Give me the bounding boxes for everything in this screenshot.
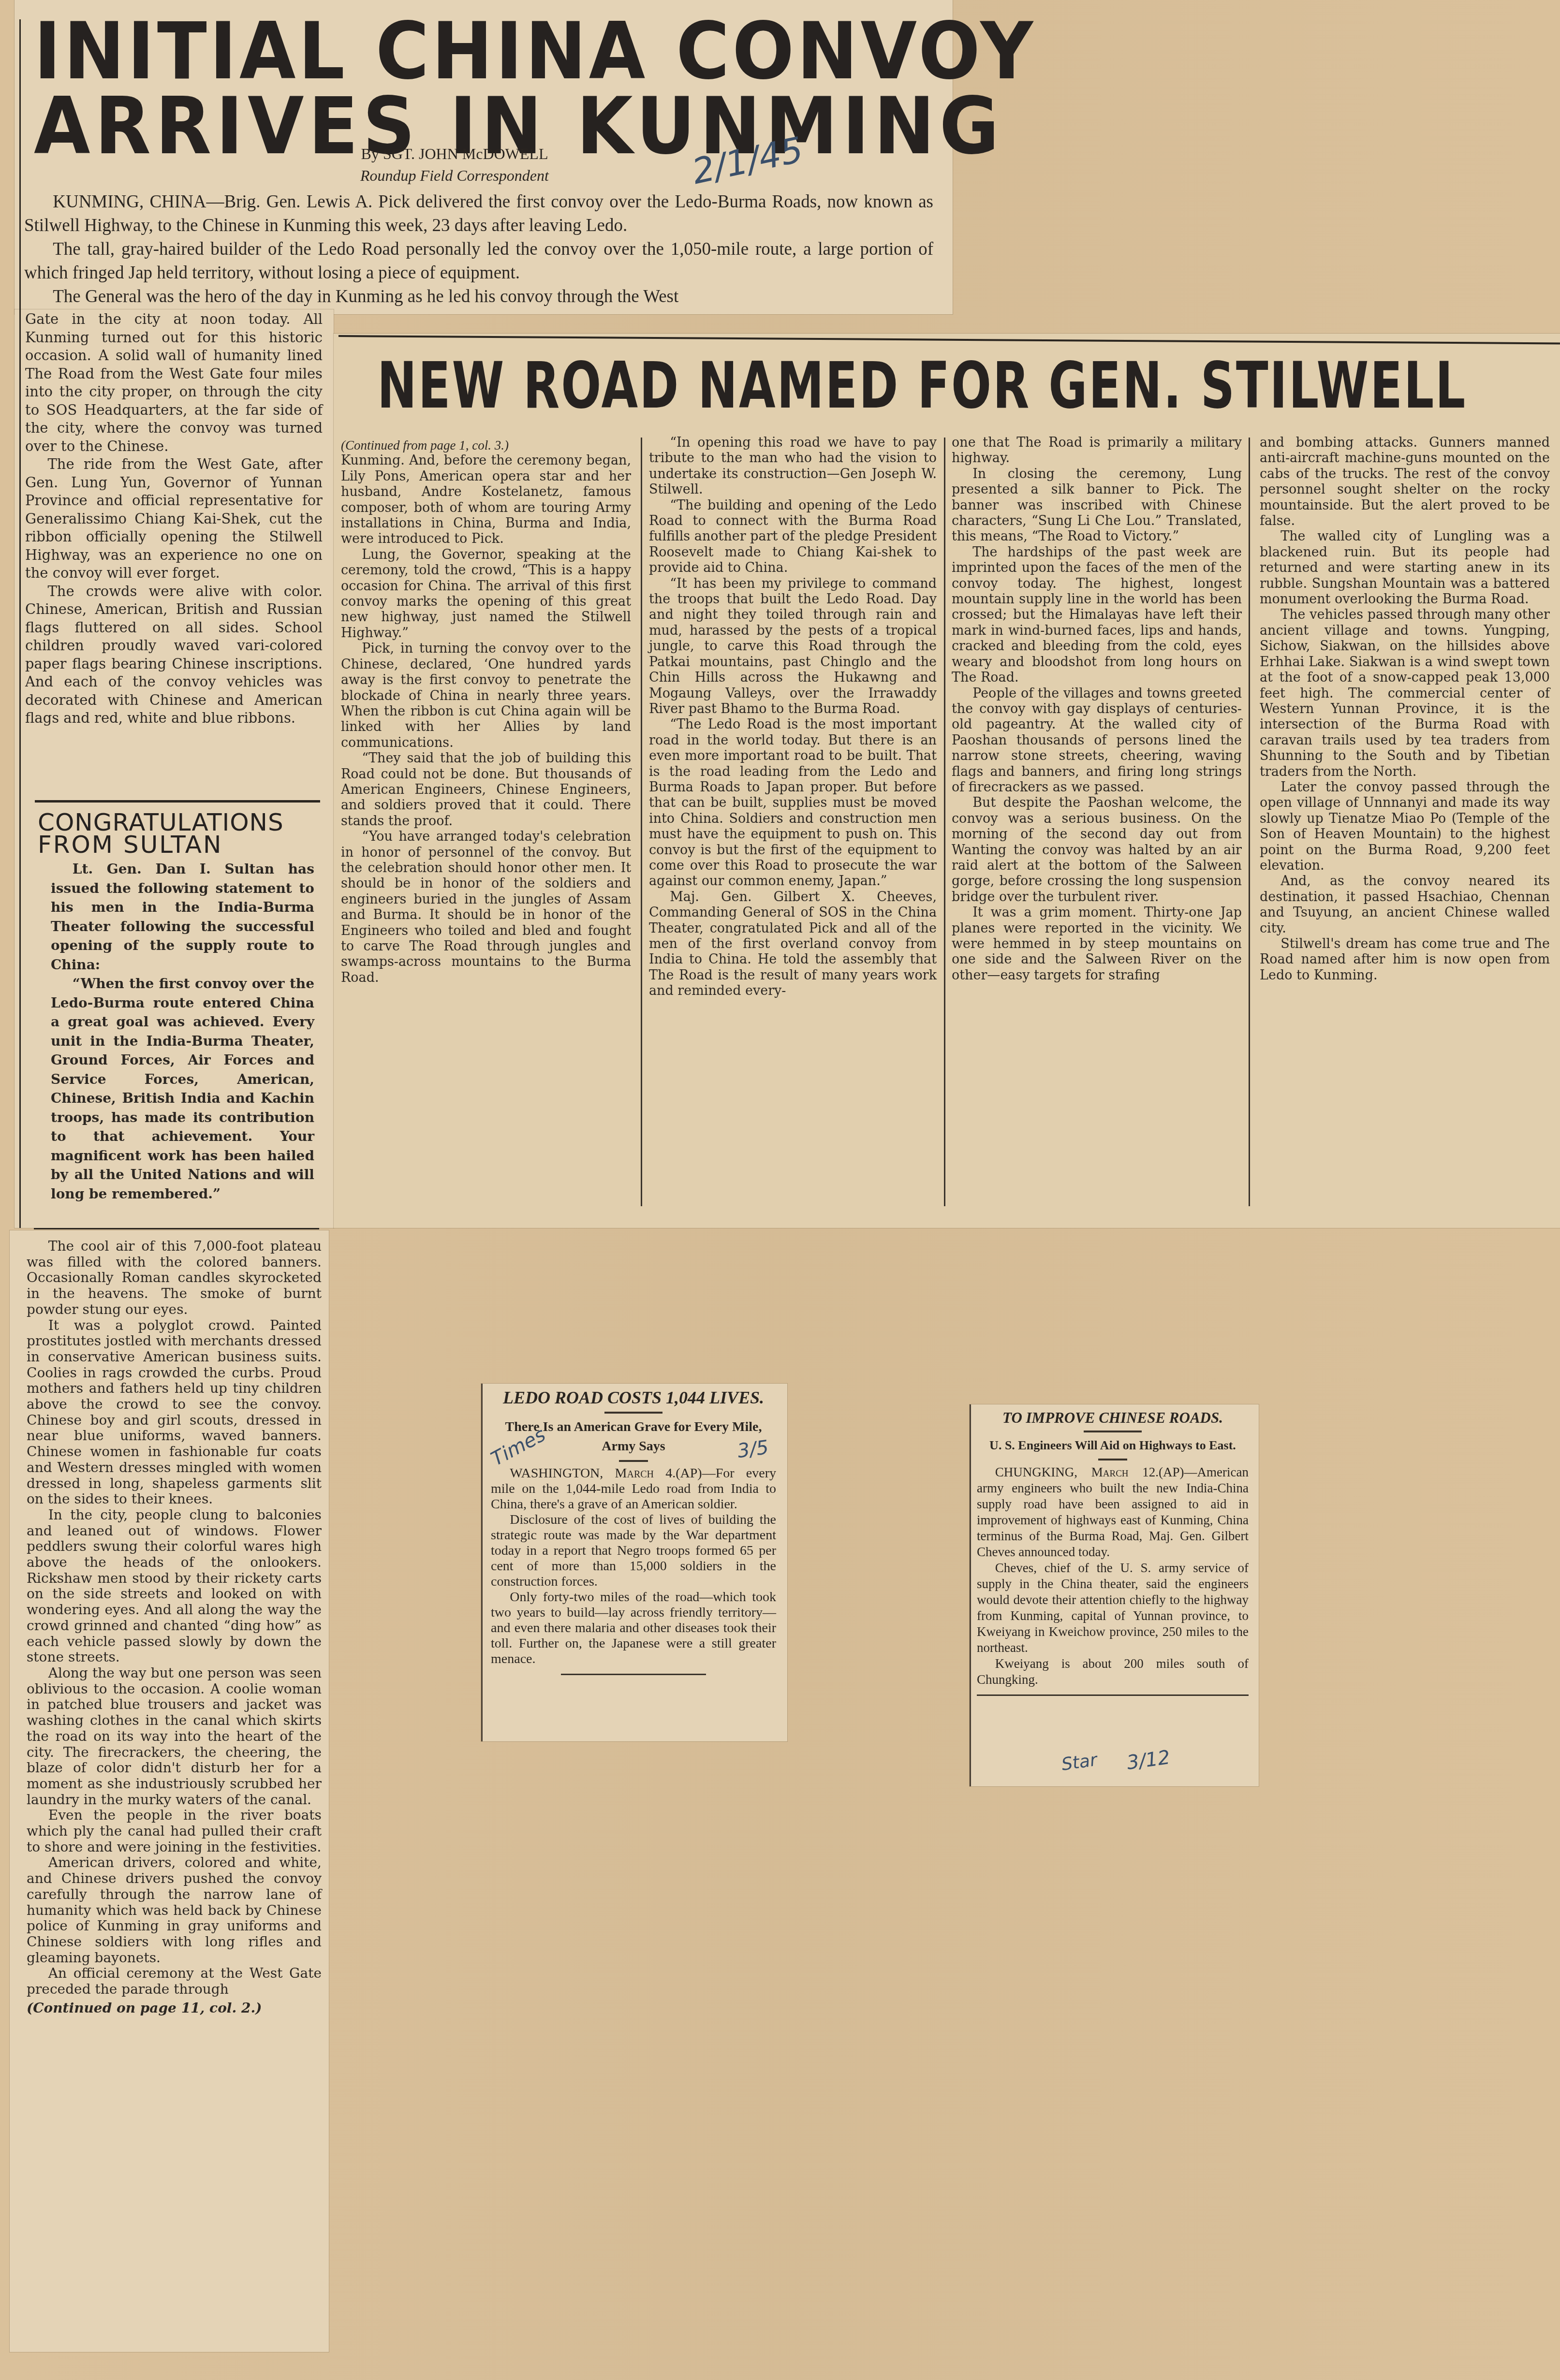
paragraph: In the city, people clung to balconies a… — [27, 1507, 322, 1665]
paragraph: “You have arranged today's celebration i… — [341, 829, 631, 986]
kunming-lead: KUNMING, CHINA—Brig. Gen. Lewis A. Pick … — [24, 190, 933, 308]
paragraph: Later the convoy passed through the open… — [1260, 780, 1550, 874]
paragraph: Kunming. And, before the ceremony began,… — [341, 453, 631, 547]
paragraph: Pick, in turning the convoy over to the … — [341, 641, 631, 751]
paragraph: one that The Road is primarily a militar… — [952, 435, 1242, 467]
paragraph: It was a grim moment. Thirty-one Jap pla… — [952, 905, 1242, 983]
paragraph: People of the villages and towns greeted… — [952, 686, 1242, 796]
stilwell-headline: NEW ROAD NAMED FOR GEN. STILWELL — [377, 347, 1467, 424]
paragraph: Only forty-two miles of the road—which t… — [491, 1590, 776, 1667]
paragraph: An official ceremony at the West Gate pr… — [27, 1966, 322, 1997]
kunming-column-1: Gate in the city at noon today. All Kunm… — [25, 310, 323, 728]
sultan-statement: Lt. Gen. Dan I. Sultan has issued the fo… — [51, 860, 314, 1203]
paragraph: Along the way but one person was seen ob… — [27, 1665, 322, 1808]
byline: By SGT. JOHN McDOWELL — [280, 145, 629, 163]
left-border-rule — [19, 19, 21, 1228]
divider — [561, 1674, 706, 1675]
ledo-cost-headline: LEDO ROAD COSTS 1,044 LIVES. — [491, 1387, 776, 1408]
column-divider — [944, 438, 945, 1206]
paragraph: The cool air of this 7,000-foot plateau … — [27, 1239, 322, 1318]
continued-note: (Continued on page 11, col. 2.) — [27, 2000, 322, 2016]
paragraph: “They said that the job of building this… — [341, 751, 631, 829]
paragraph: Gate in the city at noon today. All Kunm… — [25, 310, 323, 455]
paragraph: American drivers, colored and white, and… — [27, 1855, 322, 1966]
paragraph: Kweiyang is about 200 miles south of Chu… — [977, 1656, 1249, 1688]
chinese-roads-body: CHUNGKING, March 12.(AP)—American army e… — [977, 1464, 1249, 1688]
handwritten-date-annotation: 3/5 — [736, 1436, 770, 1463]
continued-from: (Continued from page 1, col. 3.) — [341, 438, 631, 453]
paragraph: Lung, the Governor, speaking at the cere… — [341, 547, 631, 641]
column-divider — [641, 438, 642, 1206]
paragraph: The vehicles passed through many other a… — [1260, 607, 1550, 779]
divider — [1084, 1431, 1142, 1432]
paragraph: Cheves, chief of the U. S. army service … — [977, 1560, 1249, 1656]
lead-paragraph: KUNMING, CHINA—Brig. Gen. Lewis A. Pick … — [24, 190, 933, 237]
paragraph: “When the first convoy over the Ledo-Bur… — [51, 974, 314, 1203]
divider — [977, 1694, 1249, 1696]
lead-paragraph: The General was the hero of the day in K… — [24, 285, 933, 308]
divider — [604, 1412, 662, 1414]
sidebar-top-rule — [35, 800, 320, 803]
stilwell-column-4: and bombing attacks. Gunners manned anti… — [1260, 435, 1550, 983]
stilwell-column-1: (Continued from page 1, col. 3.) Kunming… — [341, 438, 631, 986]
paragraph: Even the people in the river boats which… — [27, 1808, 322, 1855]
sidebar-bottom-rule — [34, 1228, 319, 1229]
byline-title: Roundup Field Correspondent — [280, 167, 629, 185]
sultan-headline-line2: FROM SULTAN — [38, 831, 222, 859]
dateline: CHUNGKING, March 12.(AP)— — [995, 1465, 1197, 1479]
stilwell-column-3: one that The Road is primarily a militar… — [952, 435, 1242, 983]
paragraph: “It has been my privilege to command the… — [649, 576, 937, 717]
chinese-roads-article: TO IMPROVE CHINESE ROADS. U. S. Engineer… — [977, 1409, 1249, 1700]
paragraph: Maj. Gen. Gilbert X. Cheeves, Commanding… — [649, 890, 937, 999]
paragraph: Lt. Gen. Dan I. Sultan has issued the fo… — [51, 860, 314, 974]
paragraph: In closing the ceremony, Lung presented … — [952, 467, 1242, 545]
paragraph: The ride from the West Gate, after Gen. … — [25, 455, 323, 583]
paragraph: And, as the convoy neared its destinatio… — [1260, 874, 1550, 936]
paragraph: It was a polyglot crowd. Painted prostit… — [27, 1318, 322, 1507]
paragraph: The hardships of the past week are impri… — [952, 545, 1242, 686]
stilwell-column-2: “In opening this road we have to pay tri… — [649, 435, 937, 999]
divider — [619, 1460, 648, 1462]
lead-paragraph: The tall, gray-haired builder of the Led… — [24, 237, 933, 285]
dateline: WASHINGTON, March 4.(AP)— — [510, 1466, 716, 1481]
ledo-cost-body: WASHINGTON, March 4.(AP)—For every mile … — [491, 1466, 776, 1667]
paragraph: The crowds were alive with color. Chines… — [25, 583, 323, 728]
paragraph: “The Ledo Road is the most important roa… — [649, 717, 937, 889]
column-divider — [1249, 438, 1250, 1206]
paragraph: But despite the Paoshan welcome, the con… — [952, 795, 1242, 905]
paragraph: and bombing attacks. Gunners manned anti… — [1260, 435, 1550, 529]
paragraph: Disclosure of the cost of lives of build… — [491, 1512, 776, 1590]
chinese-roads-headline: TO IMPROVE CHINESE ROADS. — [977, 1409, 1249, 1427]
kunming-column-2: The cool air of this 7,000-foot plateau … — [27, 1239, 322, 2016]
divider — [1098, 1459, 1127, 1460]
chinese-roads-subhead: U. S. Engineers Will Aid on Highways to … — [977, 1436, 1249, 1455]
paragraph: “The building and opening of the Ledo Ro… — [649, 498, 937, 576]
paragraph: The walled city of Lungling was a blacke… — [1260, 529, 1550, 607]
paragraph: Stilwell's dream has come true and The R… — [1260, 936, 1550, 983]
paragraph: “In opening this road we have to pay tri… — [649, 435, 937, 498]
